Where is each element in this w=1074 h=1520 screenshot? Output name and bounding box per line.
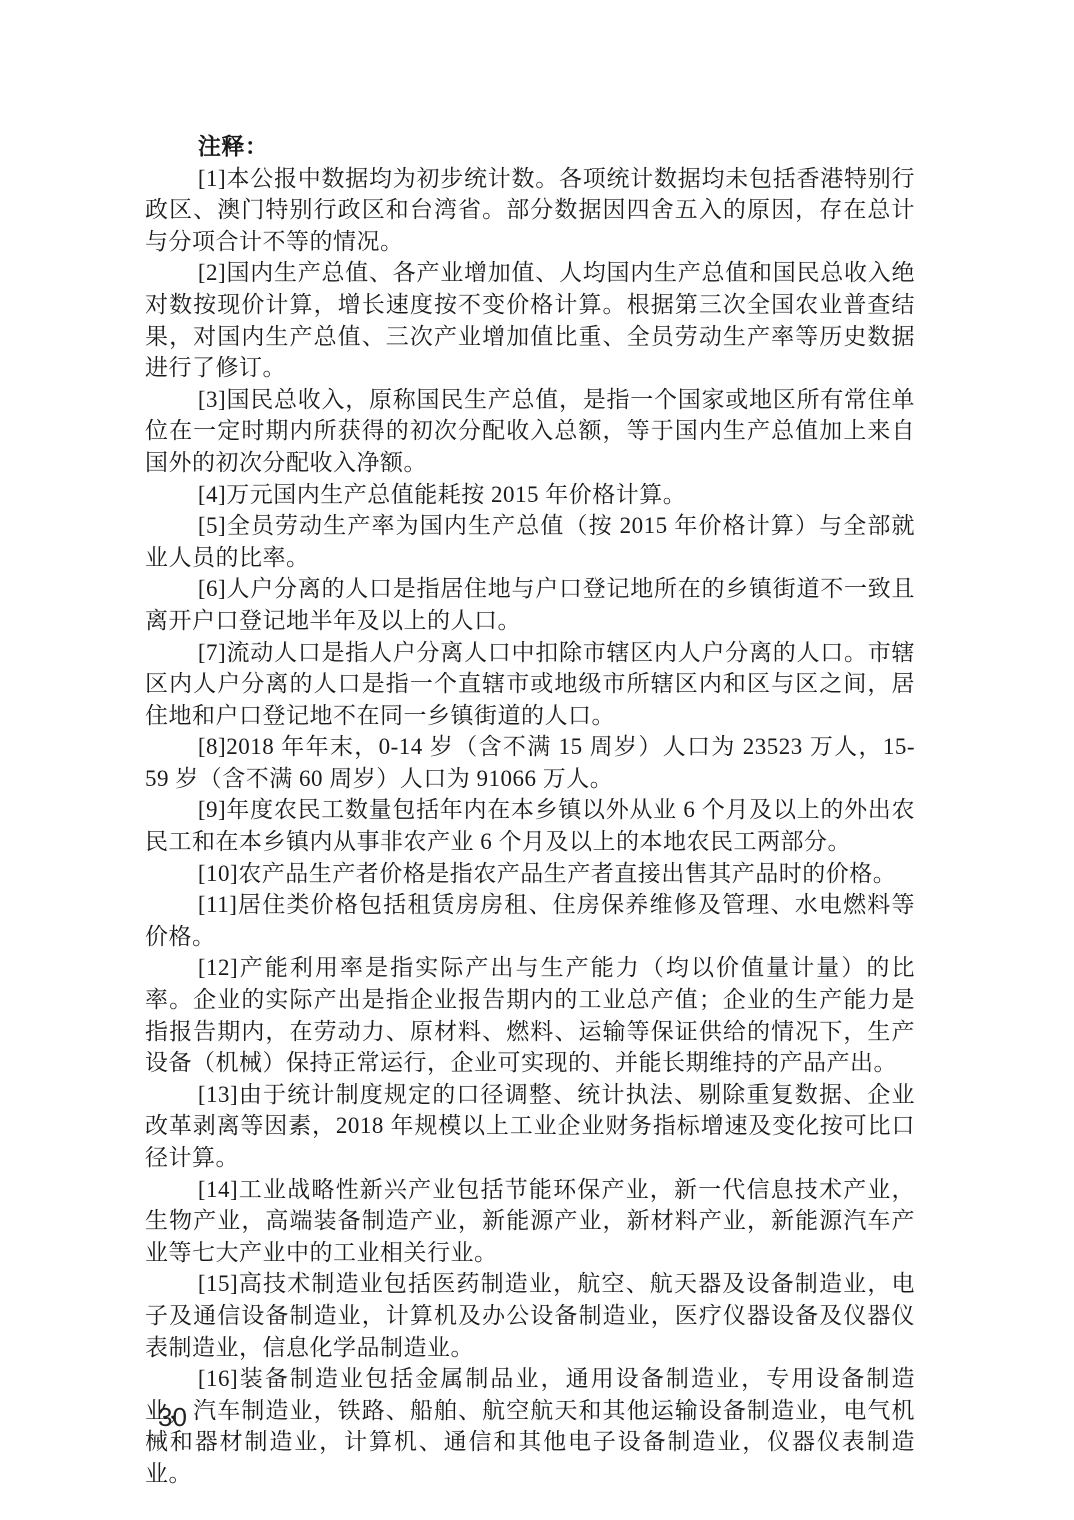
note-paragraph: [10]农产品生产者价格是指农产品生产者直接出售其产品时的价格。 — [145, 858, 915, 890]
note-paragraph: [6]人户分离的人口是指居住地与户口登记地所在的乡镇街道不一致且离开户口登记地半… — [145, 573, 915, 636]
note-paragraph: [13]由于统计制度规定的口径调整、统计执法、剔除重复数据、企业改革剥离等因素，… — [145, 1079, 915, 1174]
note-paragraph: [3]国民总收入，原称国民生产总值，是指一个国家或地区所有常住单位在一定时期内所… — [145, 384, 915, 479]
note-paragraph: [15]高技术制造业包括医药制造业，航空、航天器及设备制造业，电子及通信设备制造… — [145, 1268, 915, 1363]
note-paragraph: [9]年度农民工数量包括年内在本乡镇以外从业 6 个月及以上的外出农民工和在本乡… — [145, 794, 915, 857]
note-paragraph: [11]居住类价格包括租赁房房租、住房保养维修及管理、水电燃料等价格。 — [145, 889, 915, 952]
note-paragraph: [16]装备制造业包括金属制品业，通用设备制造业，专用设备制造业，汽车制造业，铁… — [145, 1363, 915, 1489]
notes-heading: 注释： — [145, 131, 915, 163]
note-paragraph: [7]流动人口是指人户分离人口中扣除市辖区内人户分离的人口。市辖区内人户分离的人… — [145, 637, 915, 732]
note-paragraph: [5]全员劳动生产率为国内生产总值（按 2015 年价格计算）与全部就业人员的比… — [145, 510, 915, 573]
page-number: 30 — [158, 1402, 187, 1433]
notes-section: 注释： [1]本公报中数据均为初步统计数。各项统计数据均未包括香港特别行政区、澳… — [145, 131, 915, 1490]
note-paragraph: [4]万元国内生产总值能耗按 2015 年价格计算。 — [145, 479, 915, 511]
note-paragraph: [1]本公报中数据均为初步统计数。各项统计数据均未包括香港特别行政区、澳门特别行… — [145, 163, 915, 258]
note-paragraph: [12]产能利用率是指实际产出与生产能力（均以价值量计量）的比率。企业的实际产出… — [145, 952, 915, 1078]
note-paragraph: [8]2018 年年末，0-14 岁（含不满 15 周岁）人口为 23523 万… — [145, 731, 915, 794]
note-paragraph: [2]国内生产总值、各产业增加值、人均国内生产总值和国民总收入绝对数按现价计算，… — [145, 257, 915, 383]
document-page: 注释： [1]本公报中数据均为初步统计数。各项统计数据均未包括香港特别行政区、澳… — [0, 0, 1074, 1520]
note-paragraph: [14]工业战略性新兴产业包括节能环保产业，新一代信息技术产业，生物产业，高端装… — [145, 1174, 915, 1269]
